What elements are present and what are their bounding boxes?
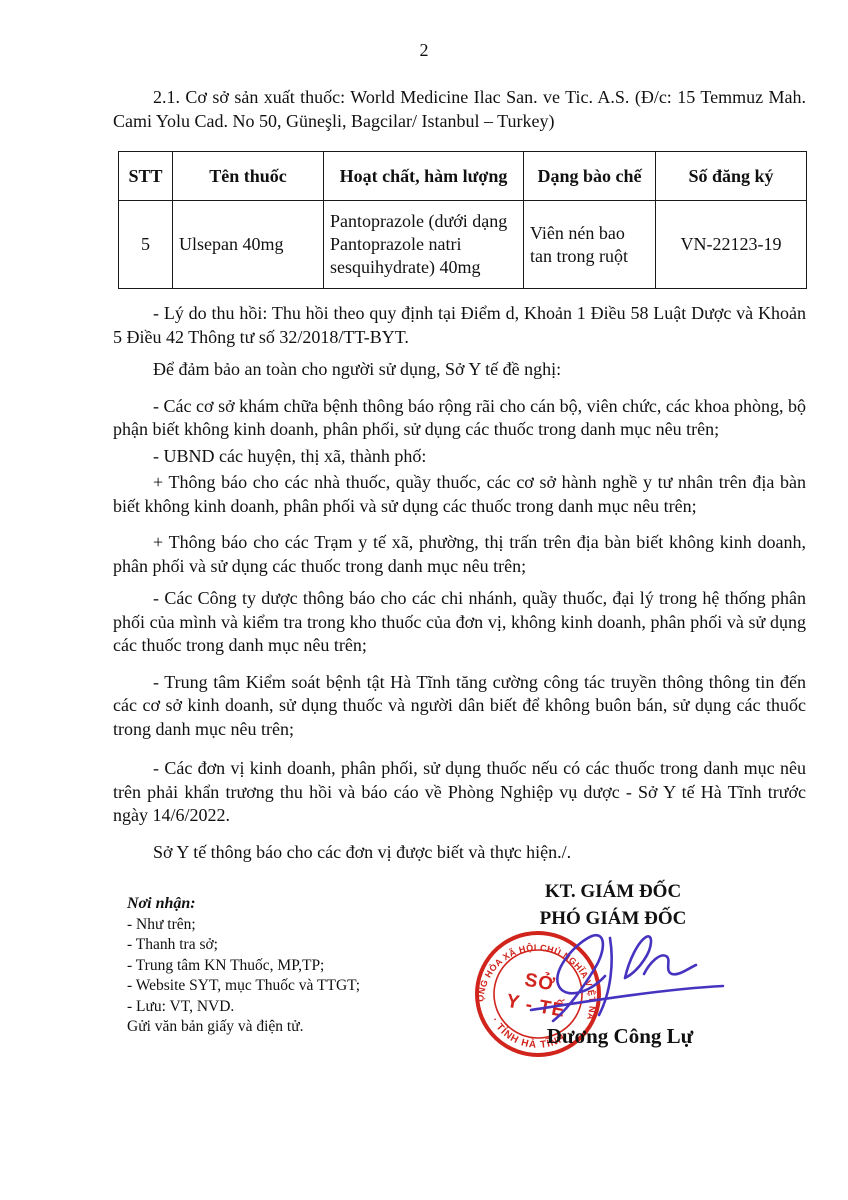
recalled-drug-table: STT Tên thuốc Hoạt chất, hàm lượng Dạng … <box>118 151 807 289</box>
recipient-item: - Trung tâm KN Thuốc, MP,TP; <box>127 956 360 977</box>
recipients-note: Gửi văn bản giấy và điện tử. <box>127 1017 360 1038</box>
intro-paragraph: 2.1. Cơ sở sản xuất thuốc: World Medicin… <box>113 86 806 133</box>
paragraph-cdc: - Trung tâm Kiểm soát bệnh tật Hà Tĩnh t… <box>113 671 806 742</box>
recipient-item: - Website SYT, mục Thuốc và TTGT; <box>127 976 360 997</box>
recipients-block: Nơi nhận: - Như trên; - Thanh tra sở; - … <box>127 894 360 1038</box>
table-row: 5 Ulsepan 40mg Pantoprazole (dưới dạng P… <box>119 201 807 289</box>
page-number: 2 <box>0 40 848 61</box>
signature-ink <box>513 916 733 1031</box>
signer-title-line1: KT. GIÁM ĐỐC <box>502 878 724 905</box>
recipient-item: - Như trên; <box>127 915 360 936</box>
table-header-registration-number: Số đăng ký <box>656 152 807 201</box>
signature-strokes <box>531 935 723 1021</box>
table-header-dosage-form: Dạng bào chế <box>524 152 656 201</box>
cell-registration-number: VN-22123-19 <box>656 201 807 289</box>
paragraph-pharma-companies: - Các Công ty dược thông báo cho các chi… <box>113 587 806 658</box>
paragraph-notify-pharmacies: + Thông báo cho các nhà thuốc, quầy thuố… <box>113 471 806 518</box>
paragraph-closing: Sở Y tế thông báo cho các đơn vị được bi… <box>113 841 806 865</box>
footer-section: Nơi nhận: - Như trên; - Thanh tra sở; - … <box>113 876 806 1196</box>
cell-active-ingredient: Pantoprazole (dưới dạng Pantoprazole nat… <box>324 201 524 289</box>
table-header-drug-name: Tên thuốc <box>173 152 324 201</box>
table-header-row: STT Tên thuốc Hoạt chất, hàm lượng Dạng … <box>119 152 807 201</box>
recipient-item: - Lưu: VT, NVD. <box>127 997 360 1018</box>
paragraph-notify-stations: + Thông báo cho các Trạm y tế xã, phường… <box>113 531 806 578</box>
table-header-active-ingredient: Hoạt chất, hàm lượng <box>324 152 524 201</box>
cell-stt: 5 <box>119 201 173 289</box>
paragraph-business-units: - Các đơn vị kinh doanh, phân phối, sử d… <box>113 757 806 828</box>
paragraph-safety-intro: Để đảm bảo an toàn cho người sử dụng, Sở… <box>113 358 806 382</box>
cell-drug-name: Ulsepan 40mg <box>173 201 324 289</box>
table-header-stt: STT <box>119 152 173 201</box>
recipient-item: - Thanh tra sở; <box>127 935 360 956</box>
paragraph-health-facilities: - Các cơ sở khám chữa bệnh thông báo rộn… <box>113 395 806 442</box>
signer-name: Dương Công Lự <box>505 1024 735 1049</box>
paragraph-recall-reason: - Lý do thu hồi: Thu hồi theo quy định t… <box>113 302 806 349</box>
paragraph-ubnd: - UBND các huyện, thị xã, thành phố: <box>113 445 806 469</box>
cell-dosage-form: Viên nén bao tan trong ruột <box>524 201 656 289</box>
document-page: 2 2.1. Cơ sở sản xuất thuốc: World Medic… <box>0 0 848 1200</box>
recipients-title: Nơi nhận: <box>127 894 360 915</box>
